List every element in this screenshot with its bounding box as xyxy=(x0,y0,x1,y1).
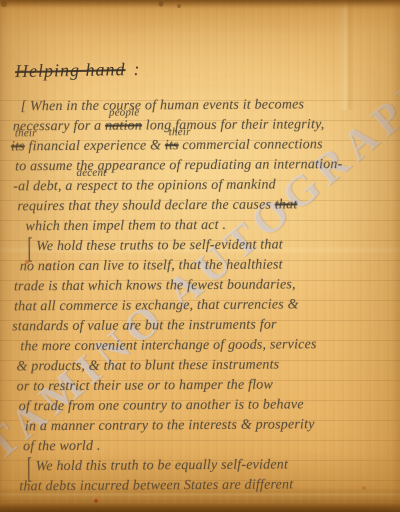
struck-word: itstheir xyxy=(165,138,179,153)
manuscript-line: [ When in the course of human events it … xyxy=(11,95,397,118)
struck-word: itstheir xyxy=(11,139,25,154)
manuscript-line: of the world . xyxy=(13,435,399,458)
document-photo: TAMINO AUTOGRAPHS Helping hand: [ When i… xyxy=(0,0,400,512)
manuscript-line: -al debt, a respect to the opinions of m… xyxy=(11,175,397,198)
handwritten-text: which then impel them to that act . xyxy=(25,218,226,234)
struck-word: that xyxy=(275,197,298,212)
handwritten-text: that all commerce is exchange, that curr… xyxy=(14,297,299,314)
manuscript-line: in a manner contrary to the interests & … xyxy=(13,415,399,438)
handwritten-text: requires that they should declare the ca… xyxy=(17,198,275,215)
title-colon: : xyxy=(133,59,139,79)
paper-top-edge xyxy=(0,0,400,10)
handwritten-text: [ When in the course of human events it … xyxy=(21,97,305,114)
handwritten-text: of the world . xyxy=(23,439,101,455)
manuscript-line: [ We hold these truths to be self-eviden… xyxy=(12,235,398,258)
struck-word: nationpeople xyxy=(105,118,142,133)
inserted-word: decent xyxy=(76,168,106,179)
handwritten-text: trade is that which knows the fewest bou… xyxy=(14,277,296,294)
handwritten-text: standards of value are but the instrumen… xyxy=(12,318,277,335)
handwritten-text: commercial connections xyxy=(179,137,323,153)
manuscript-line: requires that they should declare the ca… xyxy=(11,195,397,218)
handwritten-text: of trade from one country to another is … xyxy=(19,397,304,414)
handwritten-text: & products, & that to blunt these instru… xyxy=(16,357,279,374)
manuscript-line: the more convenient interchange of goods… xyxy=(12,335,398,358)
manuscript-line: itstheir financial experience & itstheir… xyxy=(11,135,397,158)
handwritten-text: no nation can live to itself, that the h… xyxy=(20,257,283,274)
handwritten-text: We hold these truths to be self-evident … xyxy=(32,237,282,254)
handwritten-text: We hold this truth to be equally self-ev… xyxy=(32,457,288,474)
manuscript-line: trade is that which knows the fewest bou… xyxy=(12,275,398,298)
manuscript-line: & products, & that to blunt these instru… xyxy=(12,355,398,378)
handwritten-text: in a manner contrary to the interests & … xyxy=(25,417,315,434)
handwritten-text: or to restrict their use or to hamper th… xyxy=(17,378,274,395)
manuscript-line: of trade from one country to another is … xyxy=(13,395,399,418)
handwritten-text: -al debt, a xyxy=(13,179,72,194)
manuscript-line: necessary for a nationpeople long famous… xyxy=(11,115,397,138)
manuscript-line: or to restrict their use or to hamper th… xyxy=(13,375,399,398)
manuscript-line: that debts incurred between States are d… xyxy=(13,475,399,498)
inserted-word: their xyxy=(169,127,191,138)
handwritten-text: financial experience & xyxy=(25,138,165,154)
handwriting-block: [ When in the course of human events it … xyxy=(11,95,400,498)
manuscript-line: to assume the appearance of repudiating … xyxy=(11,155,397,178)
inserted-word: people xyxy=(109,107,140,118)
manuscript-line: that all commerce is exchange, that curr… xyxy=(12,295,398,318)
manuscript-line: no nation can live to itself, that the h… xyxy=(12,255,398,278)
handwritten-text: respect to the opinions of mankinddecent xyxy=(73,178,276,194)
handwritten-text: the more convenient interchange of goods… xyxy=(20,337,316,354)
handwritten-text: that debts incurred between States are d… xyxy=(19,477,293,494)
manuscript-line: standards of value are but the instrumen… xyxy=(12,315,398,338)
paper-bottom-edge xyxy=(0,499,400,512)
handwritten-text: to assume the appearance of repudiating … xyxy=(15,157,342,174)
document-title: Helping hand: xyxy=(15,59,140,82)
manuscript-line: [ We hold this truth to be equally self-… xyxy=(13,455,399,478)
inserted-word: their xyxy=(15,128,37,139)
struck-title-text: Helping hand xyxy=(15,59,126,81)
manuscript-line: which then impel them to that act . xyxy=(11,215,397,238)
vertical-crease xyxy=(338,0,354,110)
